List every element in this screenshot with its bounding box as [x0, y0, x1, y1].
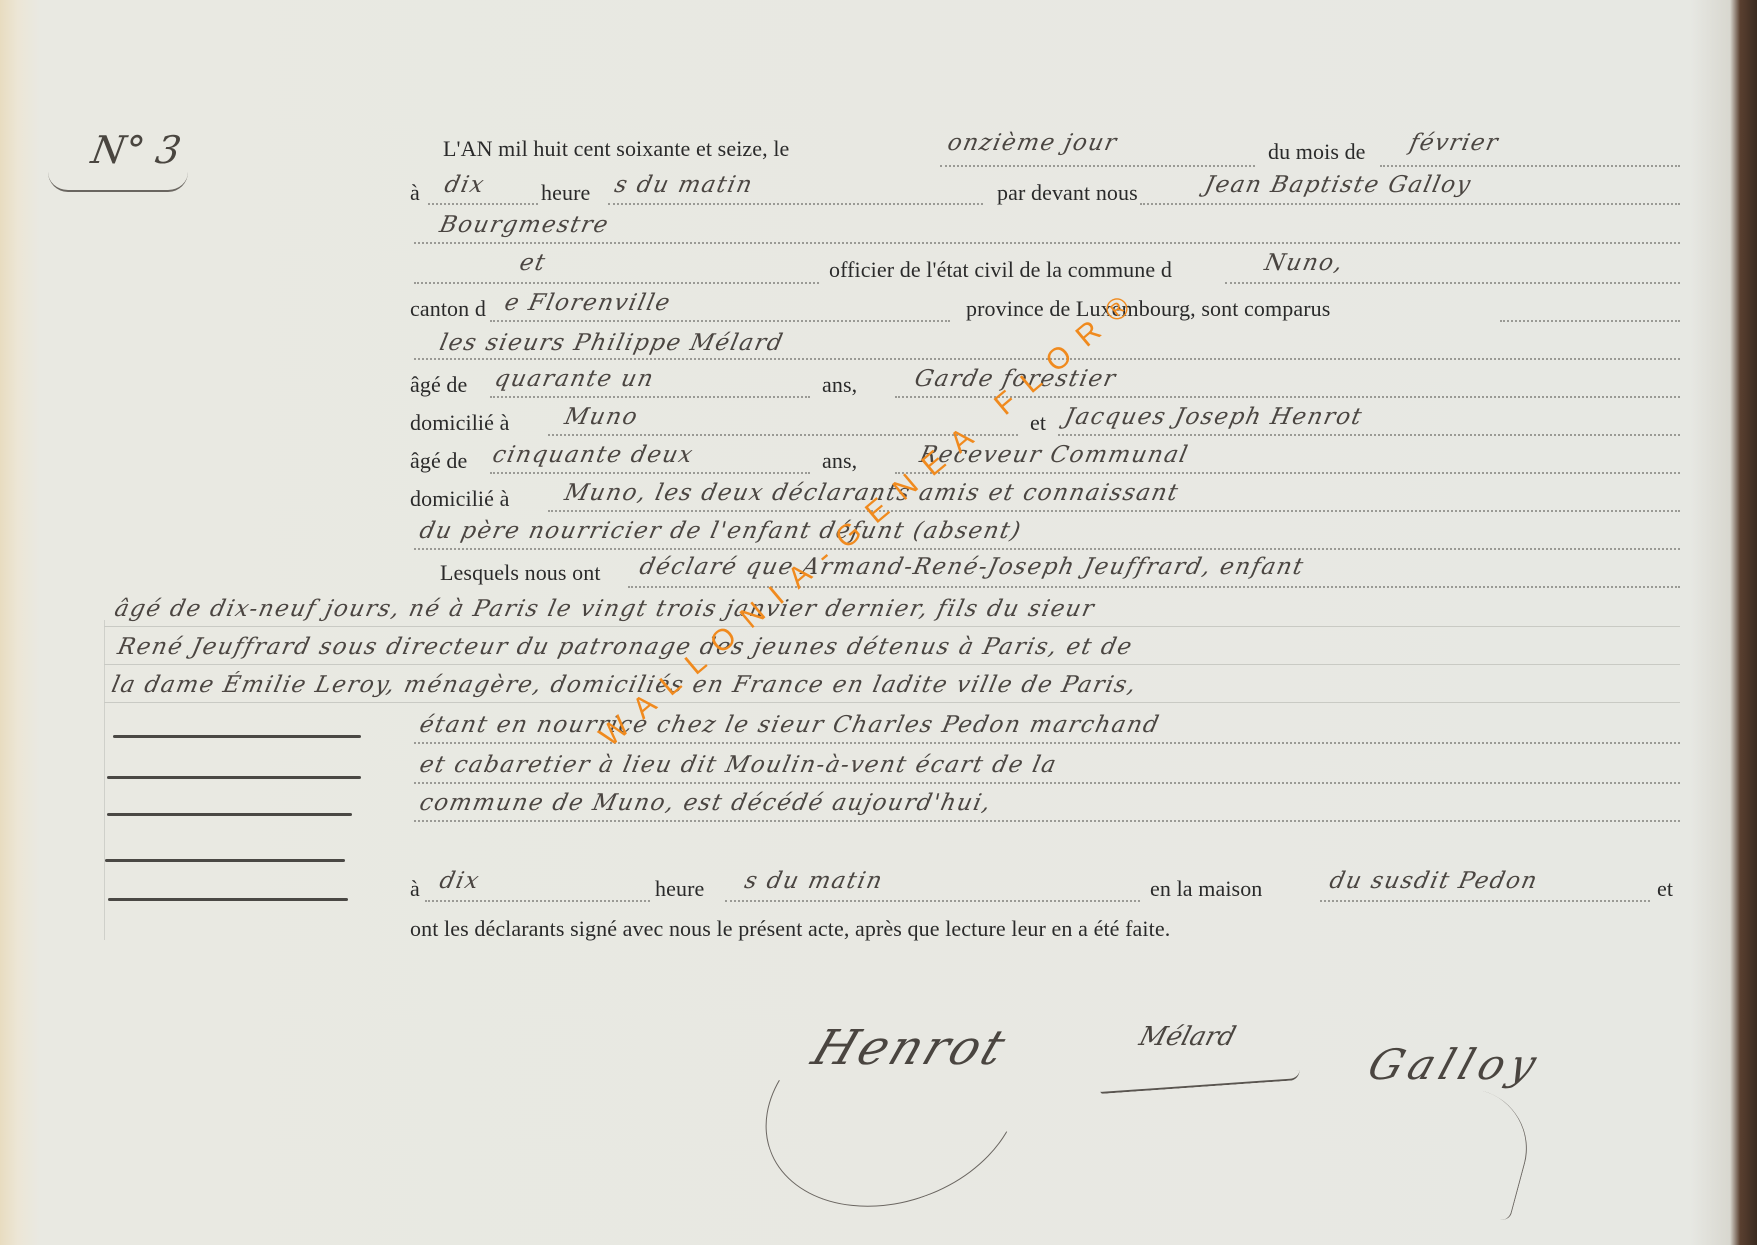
- fill-line: [414, 820, 1680, 822]
- handwritten-entry: Nuno,: [1262, 250, 1346, 276]
- printed-text: province de Luxembourg, sont comparus: [966, 296, 1330, 322]
- signature-melard: Mélard: [1136, 1022, 1239, 1052]
- handwritten-entry: et cabaretier à lieu dit Moulin-à-vent é…: [417, 752, 1059, 778]
- handwritten-entry: Jean Baptiste Galloy: [1202, 172, 1474, 198]
- printed-text: heure: [541, 180, 590, 206]
- ruled-line: [104, 702, 1680, 703]
- handwritten-entry: dix: [437, 868, 482, 894]
- fill-line: [1500, 320, 1680, 322]
- printed-text: en la maison: [1150, 876, 1262, 902]
- printed-text: officier de l'état civil de la commune d: [829, 257, 1172, 283]
- margin-rule: [104, 620, 105, 940]
- printed-text: à: [410, 180, 420, 206]
- printed-text: L'AN mil huit cent soixante et seize, le: [443, 136, 789, 162]
- handwritten-entry: âgé de dix-neuf jours, né à Paris le vin…: [112, 596, 1097, 622]
- handwritten-entry: février: [1407, 130, 1501, 156]
- handwritten-entry: la dame Émilie Leroy, ménagère, domicili…: [109, 672, 1139, 698]
- printed-text: à: [410, 876, 420, 902]
- printed-text: âgé de: [410, 448, 467, 474]
- handwritten-entry: et: [517, 250, 548, 276]
- handwritten-entry: dix: [442, 172, 487, 198]
- fill-line: [1140, 203, 1680, 205]
- fill-line: [490, 320, 950, 322]
- printed-text: domicilié à: [410, 486, 509, 512]
- fill-line: [414, 242, 1680, 244]
- handwritten-entry: cinquante deux: [490, 442, 696, 468]
- printed-text: et: [1657, 876, 1673, 902]
- handwritten-entry: Jacques Joseph Henrot: [1062, 404, 1365, 430]
- fill-line: [1058, 434, 1680, 436]
- handwritten-entry: étant en nourrice chez le sieur Charles …: [417, 712, 1162, 738]
- fill-line: [1320, 900, 1650, 902]
- printed-text: canton d: [410, 296, 486, 322]
- printed-text: ans,: [822, 448, 857, 474]
- fill-line: [414, 548, 1680, 550]
- handwritten-entry: commune de Muno, est décédé aujourd'hui,: [417, 790, 994, 816]
- handwritten-entry: s du matin: [742, 868, 885, 894]
- fill-line: [608, 203, 983, 205]
- margin-strike-bar: [107, 813, 352, 816]
- fill-line: [725, 900, 1140, 902]
- signature-galloy: Galloy: [1362, 1040, 1548, 1089]
- handwritten-entry: du père nourricier de l'enfant défunt (a…: [417, 518, 1024, 544]
- fill-line: [490, 472, 810, 474]
- printed-text: domicilié à: [410, 410, 509, 436]
- handwritten-entry: e Florenville: [502, 290, 673, 316]
- fill-line: [414, 782, 1680, 784]
- margin-strike-bar: [107, 776, 361, 779]
- fill-line: [490, 396, 810, 398]
- margin-strike-bar: [105, 859, 345, 862]
- printed-text: Lesquels nous ont: [440, 560, 601, 586]
- printed-text: ans,: [822, 372, 857, 398]
- fill-line: [1380, 165, 1680, 167]
- fill-line: [1225, 282, 1680, 284]
- signature-underline: [1100, 1070, 1300, 1094]
- handwritten-entry: onzième jour: [945, 130, 1120, 156]
- fill-line: [940, 165, 1255, 167]
- handwritten-entry: René Jeuffrard sous directeur du patrona…: [115, 634, 1135, 660]
- margin-strike-bar: [113, 735, 361, 738]
- handwritten-entry: s du matin: [612, 172, 755, 198]
- ruled-line: [104, 626, 1680, 627]
- fill-line: [548, 510, 1680, 512]
- handwritten-entry: Bourgmestre: [437, 212, 611, 238]
- fill-line: [895, 472, 1680, 474]
- handwritten-entry: les sieurs Philippe Mélard: [437, 330, 786, 356]
- printed-text: et: [1030, 410, 1046, 436]
- signature-flourish: [1441, 1088, 1541, 1222]
- handwritten-entry: Muno: [562, 404, 641, 430]
- act-number-flourish: [48, 172, 188, 192]
- fill-line: [414, 282, 819, 284]
- handwritten-entry: quarante un: [492, 366, 657, 392]
- printed-text: heure: [655, 876, 704, 902]
- handwritten-entry: déclaré que Armand-René-Joseph Jeuffrard…: [637, 554, 1307, 580]
- signature-henrot: Henrot: [805, 1020, 1016, 1076]
- signature-flourish: [737, 971, 1049, 1241]
- fill-line: [428, 203, 538, 205]
- fill-line: [414, 742, 1680, 744]
- printed-text: du mois de: [1268, 139, 1366, 165]
- printed-text: par devant nous: [997, 180, 1138, 206]
- margin-strike-bar: [108, 898, 348, 901]
- civil-register-page: N° 3 L'AN mil huit cent soixante et seiz…: [0, 0, 1757, 1245]
- printed-text: ont les déclarants signé avec nous le pr…: [410, 916, 1170, 942]
- ruled-line: [104, 664, 1680, 665]
- printed-text: âgé de: [410, 372, 467, 398]
- fill-line: [425, 900, 650, 902]
- handwritten-entry: du susdit Pedon: [1327, 868, 1540, 894]
- act-number: N° 3: [88, 128, 184, 172]
